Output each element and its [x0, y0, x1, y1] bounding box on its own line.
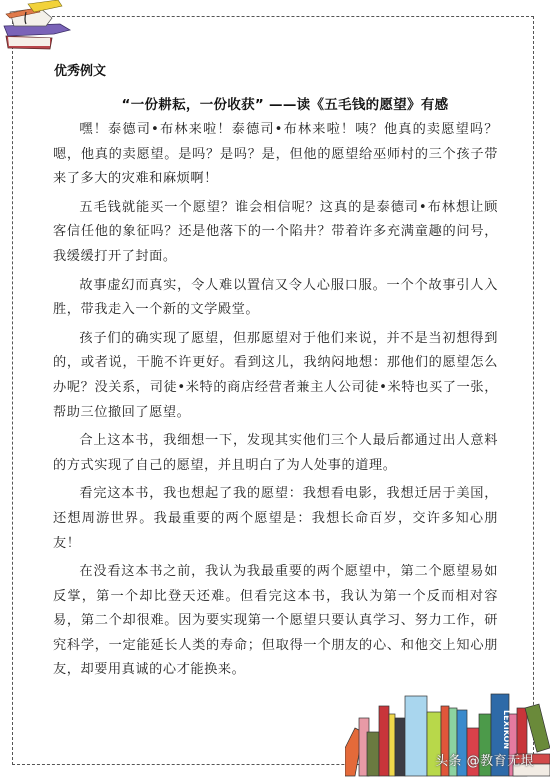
paragraph: 故事虚幻而真实，令人难以置信又令人心服口服。一个个故事引人入胜，带我走入一个新的…: [53, 274, 498, 323]
paragraph: 五毛钱就能买一个愿望？谁会相信呢？这真的是泰德司•布林想让顾客信任他的象征吗？还…: [53, 196, 498, 270]
book-stack-icon: [0, 0, 72, 52]
paragraph: 看完这本书，我也想起了我的愿望：我想看电影，我想迁居于美国，还想周游世界。我最重…: [53, 482, 498, 556]
watermark: 头条 @教育无垠: [435, 750, 534, 769]
paragraph: 孩子们的确实现了愿望，但那愿望对于他们来说，并不是当初想得到的，或者说，干脆不许…: [53, 327, 498, 425]
paragraph: 嘿！泰德司•布林来啦！泰德司•布林来啦！咦？他真的卖愿望吗？嗯，他真的卖愿望。是…: [53, 118, 498, 192]
paragraph: 在没看这本书之前，我认为我最重要的两个愿望中，第二个愿望易如反掌，第一个却比登天…: [53, 560, 498, 683]
essay-body: 嘿！泰德司•布林来啦！泰德司•布林来啦！咦？他真的卖愿望吗？嗯，他真的卖愿望。是…: [53, 118, 498, 687]
essay-title: “一份耕耘，一份收获” ——读《五毛钱的愿望》有感: [0, 93, 550, 113]
section-label: 优秀例文: [54, 60, 106, 79]
paragraph: 合上这本书，我细想一下，发现其实他们三个人最后都通过出人意料的方式实现了自己的愿…: [53, 429, 498, 478]
